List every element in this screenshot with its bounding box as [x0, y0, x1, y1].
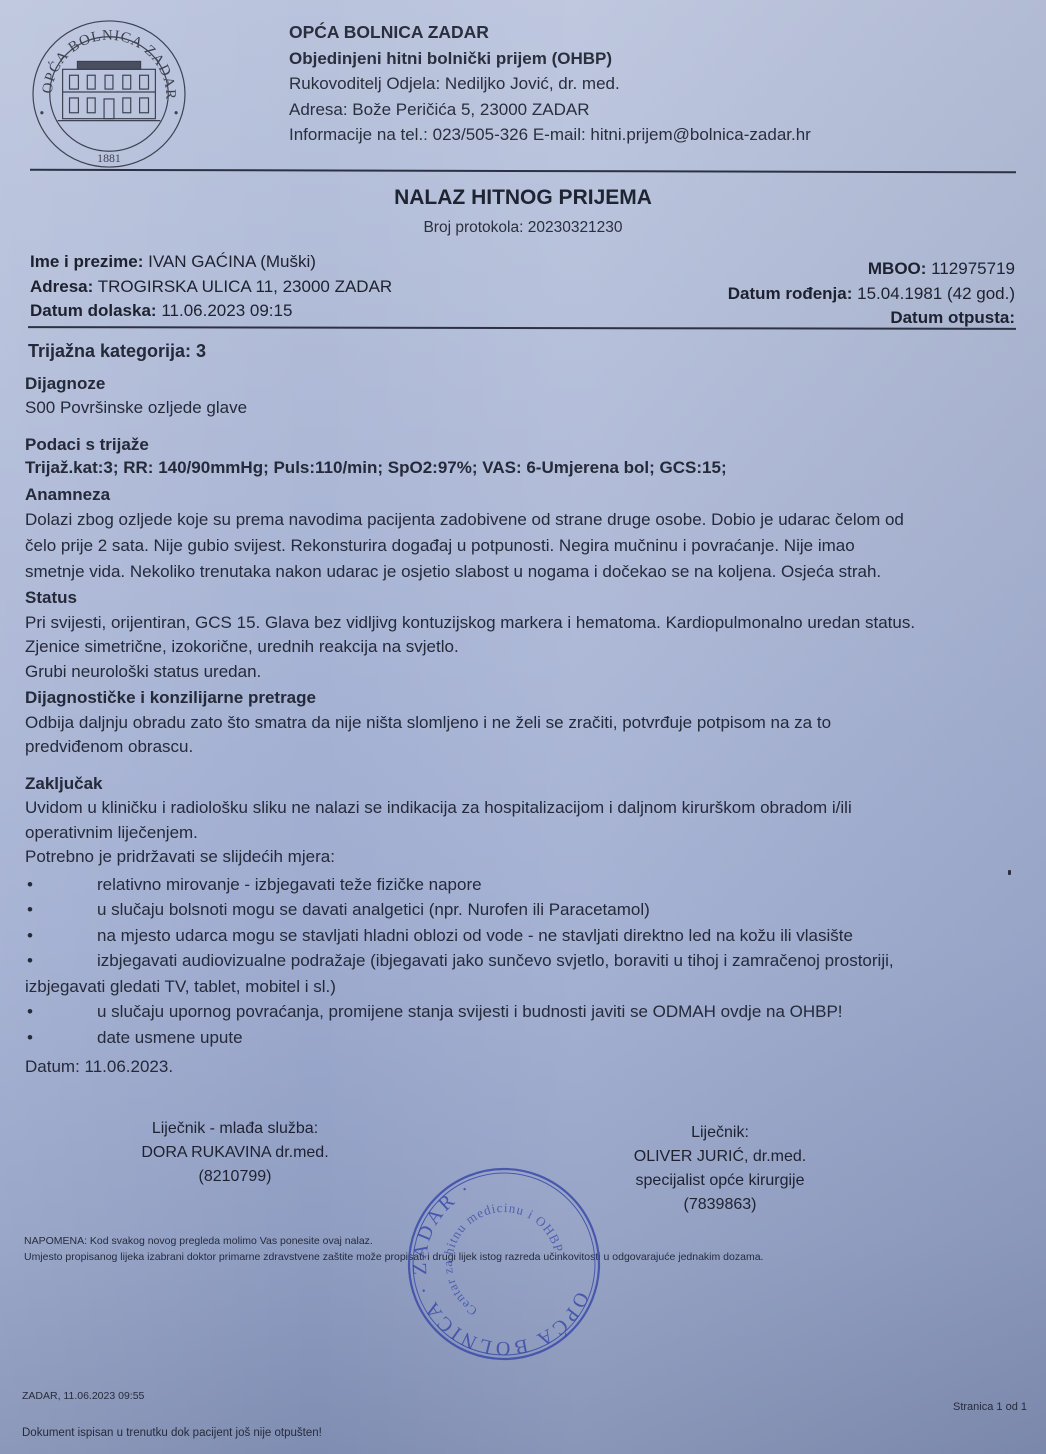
list-item: •u slučaju upornog povraćanja, promijene… — [25, 999, 1025, 1025]
bullet-icon: • — [25, 897, 97, 923]
measures-list: •relativno mirovanje - izbjegavati teže … — [25, 872, 1025, 1051]
footnote-line-1: NAPOMENA: Kod svakog novog pregleda moli… — [24, 1233, 763, 1249]
footnote-line-2: Umjesto propisanog lijeka izabrani dokto… — [24, 1249, 763, 1265]
signature-name: DORA RUKAVINA dr.med. — [120, 1141, 350, 1165]
triage-data-text: Trijaž.kat:3; RR: 140/90mmHg; Puls:110/m… — [25, 456, 1025, 481]
signature-id: (8210799) — [120, 1165, 350, 1189]
list-item: •u slučaju bolsnoti mogu se davati analg… — [25, 897, 1025, 923]
svg-text:OPĆA BOLNICA · ZADAR ·: OPĆA BOLNICA · ZADAR · — [404, 1167, 604, 1364]
signature-role: Liječnik - mlađa služba: — [120, 1117, 350, 1141]
diagnosis-text: S00 Površinske ozljede glave — [25, 396, 1025, 421]
bullet-icon: • — [25, 999, 97, 1025]
institution-contact: Informacije na tel.: 023/505-326 E-mail:… — [289, 122, 811, 148]
section-heading-conclusion: Zaključak — [25, 772, 1025, 797]
arrival-date: Datum dolaska: 11.06.2023 09:15 — [30, 299, 392, 324]
print-timestamp: ZADAR, 11.06.2023 09:55 — [22, 1390, 144, 1402]
report-body: Trijažna kategorija: 3 Dijagnoze S00 Pov… — [25, 336, 1025, 1080]
report-date: Datum: 11.06.2023. — [25, 1055, 1025, 1080]
signature-junior-doctor: Liječnik - mlađa služba: DORA RUKAVINA d… — [120, 1117, 350, 1189]
section-heading-triage: Podaci s trijaže — [25, 433, 1025, 458]
signature-id: (7839863) — [600, 1193, 840, 1217]
section-heading-diagnostics: Dijagnostičke i konzilijarne pretrage — [25, 686, 1025, 711]
bullet-icon: • — [25, 1025, 97, 1051]
patient-info-right: MBOO: 112975719 Datum rođenja: 15.04.198… — [728, 257, 1015, 331]
header-divider — [30, 169, 1016, 174]
list-item: •na mjesto udarca mogu se stavljati hlad… — [25, 923, 1025, 949]
footnote: NAPOMENA: Kod svakog novog pregleda moli… — [24, 1233, 763, 1265]
conclusion-text: Uvidom u kliničku i radiološku sliku ne … — [25, 796, 1025, 870]
hospital-logo-seal-icon: OPĆA BOLNICA ZADAR 1881 — [30, 18, 188, 170]
page-number: Stranica 1 od 1 — [953, 1401, 1027, 1413]
triage-category: Trijažna kategorija: 3 — [28, 339, 1025, 364]
section-heading-status: Status — [25, 586, 1025, 611]
signature-role: Liječnik: — [600, 1121, 840, 1145]
section-heading-diagnoses: Dijagnoze — [25, 372, 1025, 397]
signature-name: OLIVER JURIĆ, dr.med. — [600, 1145, 840, 1169]
svg-text:1881: 1881 — [97, 151, 121, 165]
print-disclaimer: Dokument ispisan u trenutku dok pacijent… — [22, 1427, 322, 1439]
list-item: •izbjegavati audiovizualne podražaje (ib… — [25, 948, 1025, 974]
patient-mboo: MBOO: 112975719 — [728, 257, 1015, 282]
list-item: •relativno mirovanje - izbjegavati teže … — [25, 872, 1025, 898]
official-round-stamp-icon: OPĆA BOLNICA · ZADAR · Centar za hitnu m… — [404, 1164, 604, 1364]
list-item: •date usmene upute — [25, 1025, 1025, 1051]
patient-name: Ime i prezime: IVAN GAĆINA (Muški) — [30, 250, 392, 275]
patient-info-left: Ime i prezime: IVAN GAĆINA (Muški) Adres… — [30, 250, 392, 324]
patient-dob: Datum rođenja: 15.04.1981 (42 god.) — [728, 282, 1015, 307]
list-item-continuation: izbjegavati gledati TV, tablet, mobitel … — [25, 974, 1025, 1000]
section-heading-anamnesis: Anamneza — [25, 483, 1025, 508]
department-name: Objedinjeni hitni bolnički prijem (OHBP) — [289, 46, 811, 72]
bullet-icon: • — [25, 872, 97, 898]
institution-name: OPĆA BOLNICA ZADAR — [289, 20, 811, 46]
anamnesis-text: Dolazi zbog ozljede koje su prema navodi… — [25, 507, 1025, 585]
institution-address: Adresa: Bože Peričića 5, 23000 ZADAR — [289, 97, 811, 123]
status-text: Pri svijesti, orijentiran, GCS 15. Glava… — [25, 611, 1025, 685]
bullet-icon: • — [25, 948, 97, 974]
diagnostics-text: Odbija daljnju obradu zato što smatra da… — [25, 711, 1025, 760]
protocol-number: Broj protokola: 20230321230 — [0, 219, 1046, 237]
signature-specialty: specijalist opće kirurgije — [600, 1169, 840, 1193]
document-title: NALAZ HITNOG PRIJEMA — [0, 186, 1046, 210]
signature-senior-doctor: Liječnik: OLIVER JURIĆ, dr.med. specijal… — [600, 1121, 840, 1217]
bullet-icon: • — [25, 923, 97, 949]
institution-header: OPĆA BOLNICA ZADAR Objedinjeni hitni bol… — [289, 20, 811, 148]
department-head: Rukovoditelj Odjela: Nediljko Jović, dr.… — [289, 71, 811, 97]
paper-speck — [1008, 870, 1011, 875]
patient-divider — [28, 326, 1016, 329]
patient-address: Adresa: TROGIRSKA ULICA 11, 23000 ZADAR — [30, 275, 392, 300]
